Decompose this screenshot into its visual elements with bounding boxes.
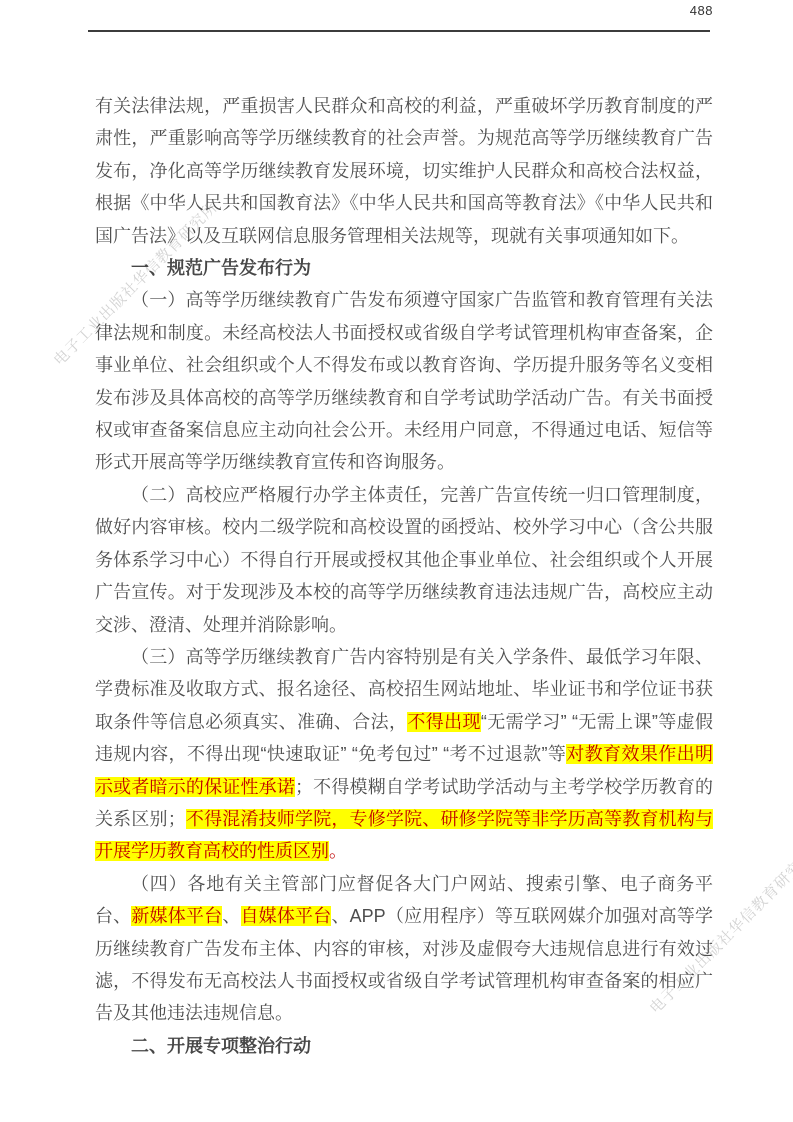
document-page: 电子工业出版社华信教育研究所 电子工业出版社华信教育研究所 488 有关法律法规…	[0, 0, 793, 1122]
body-paragraph: （二）高校应严格履行办学主体责任，完善广告宣传统一归口管理制度，做好内容审核。校…	[95, 479, 713, 641]
text-segment: 一、规范广告发布行为	[131, 258, 311, 278]
section-heading: 二、开展专项整治行动	[95, 1030, 713, 1062]
red-text: 。	[329, 841, 347, 861]
text-segment: （二）高校应严格履行办学主体责任，完善广告宣传统一归口管理制度，做好内容审核。校…	[95, 485, 713, 635]
document-body: 有关法律法规，严重损害人民群众和高校的利益，严重破坏学历教育制度的严肃性，严重影…	[95, 90, 713, 1062]
body-paragraph: 有关法律法规，严重损害人民群众和高校的利益，严重破坏学历教育制度的严肃性，严重影…	[95, 90, 713, 252]
body-paragraph: （三）高等学历继续教育广告内容特别是有关入学条件、最低学习年限、学费标准及收取方…	[95, 641, 713, 868]
text-segment: 有关法律法规，严重损害人民群众和高校的利益，严重破坏学历教育制度的严肃性，严重影…	[95, 96, 713, 246]
page-number: 488	[690, 3, 713, 18]
body-paragraph: （四）各地有关主管部门应督促各大门户网站、搜索引擎、电子商务平台、新媒体平台、自…	[95, 868, 713, 1030]
highlighted-text: 不得出现	[407, 712, 481, 732]
body-paragraph: （一）高等学历继续教育广告发布须遵守国家广告监管和教育管理有关法律法规和制度。未…	[95, 284, 713, 478]
section-heading: 一、规范广告发布行为	[95, 252, 713, 284]
text-segment: 二、开展专项整治行动	[131, 1036, 311, 1056]
highlighted-text: 自媒体平台	[241, 906, 332, 926]
text-segment: 、	[222, 906, 240, 926]
header-rule	[88, 30, 710, 32]
highlighted-text: 新媒体平台	[131, 906, 222, 926]
highlighted-text: 不得混淆技师学院，专修学院、研修学院等非学历高等教育机构与开展学历教育高校的性质…	[95, 809, 713, 861]
text-segment: （一）高等学历继续教育广告发布须遵守国家广告监管和教育管理有关法律法规和制度。未…	[95, 290, 713, 472]
